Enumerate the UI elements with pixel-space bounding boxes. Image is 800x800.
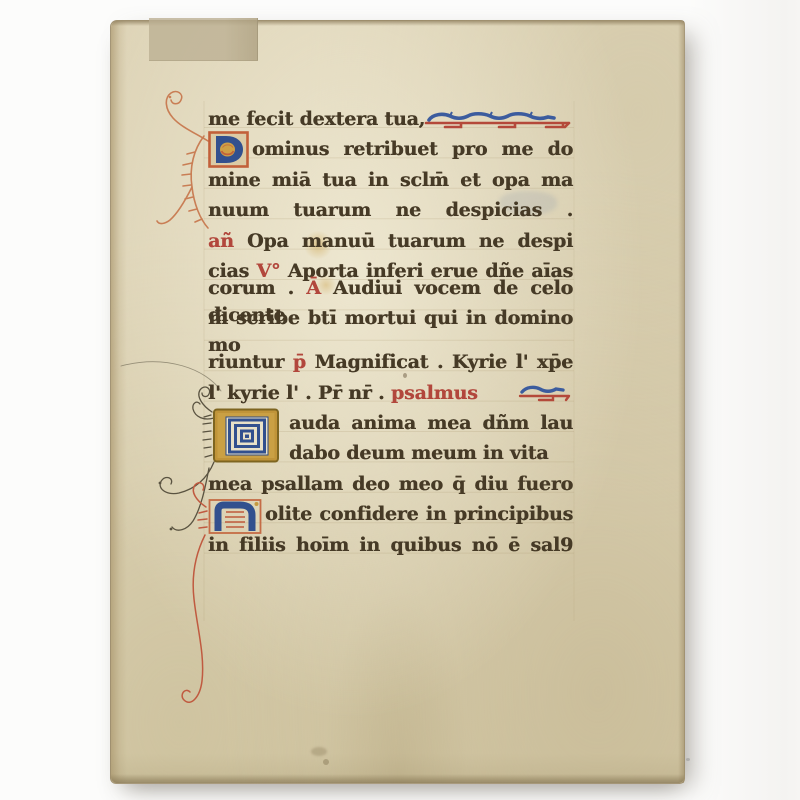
text-line: m̄ scribe btī mortui qui in domino mo <box>208 319 573 346</box>
line-text: ominus retribuet pro me do <box>252 136 573 163</box>
text-segment: Opa manuū tuarum ne despi <box>234 230 573 252</box>
text-segment: in filiis hoīm in quibus nō ē sal9 <box>208 534 573 556</box>
line-text: auda anima mea dñm lau <box>289 410 573 437</box>
text-line: dabo deum meum in vita <box>289 440 573 467</box>
text-segment: l' kyrie l' . Pr̄ nr̄ . <box>208 382 391 404</box>
line-text: mea psallam deo meo q̄ diu fuero <box>208 471 573 498</box>
text-line: mine miā tua in sclm̄ et opa ma <box>208 167 573 194</box>
text-segment: Magnificat . Kyrie l' xp̄e <box>306 351 573 373</box>
line-text: añ Opa manuū tuarum ne despi <box>208 228 573 255</box>
text-line: mea psallam deo meo q̄ diu fuero <box>208 471 573 498</box>
line-filler-long <box>423 111 573 129</box>
line-text: mine miā tua in sclm̄ et opa ma <box>208 167 573 194</box>
text-line: olite confidere in principibus <box>265 501 573 528</box>
text-segment: ominus retribuet pro me do <box>252 138 573 160</box>
text-segment: dabo deum meum in vita <box>289 442 548 464</box>
rubric-segment: añ <box>208 230 234 252</box>
text-block: me fecit dextera tua, ominus retribuet p… <box>111 21 684 783</box>
text-segment: corum . <box>208 277 306 299</box>
line-text: l' kyrie l' . Pr̄ nr̄ . psalmus <box>208 380 478 407</box>
line-text: olite confidere in principibus <box>265 501 573 528</box>
line-text: me fecit dextera tua, <box>208 106 423 133</box>
text-segment: auda anima mea dñm lau <box>289 412 573 434</box>
text-line: in filiis hoīm in quibus nō ē sal9 <box>208 532 573 559</box>
manuscript-leaf: me fecit dextera tua, ominus retribuet p… <box>110 20 685 784</box>
text-segment: riuntur <box>208 351 293 373</box>
photograph-background: me fecit dextera tua, ominus retribuet p… <box>0 0 800 800</box>
text-line: añ Opa manuū tuarum ne despi <box>208 228 573 255</box>
text-segment: me fecit dextera tua, <box>208 108 425 130</box>
line-text: riuntur p̄ Magnificat . Kyrie l' xp̄e <box>208 349 573 376</box>
line-text: nuum tuarum ne despicias . <box>208 197 573 224</box>
line-text: dabo deum meum in vita <box>289 440 548 467</box>
line-text: in filiis hoīm in quibus nō ē sal9 <box>208 532 573 559</box>
text-segment: mine miā tua in sclm̄ et opa ma <box>208 169 573 191</box>
rubric-segment: Ā <box>306 277 321 299</box>
text-line: auda anima mea dñm lau <box>289 410 573 437</box>
text-line: nuum tuarum ne despicias . <box>208 197 573 224</box>
text-line: me fecit dextera tua, <box>208 106 573 133</box>
text-segment: mea psallam deo meo q̄ diu fuero <box>208 473 573 495</box>
text-line: riuntur p̄ Magnificat . Kyrie l' xp̄e <box>208 349 573 376</box>
background-speck <box>686 758 690 761</box>
illuminated-initial-l <box>212 407 281 465</box>
text-segment: nuum tuarum ne despicias . <box>208 199 573 221</box>
line-filler-short <box>517 384 573 402</box>
text-segment: olite confidere in principibus <box>265 503 573 525</box>
rubric-segment: p̄ <box>293 351 306 373</box>
rubric-segment: psalmus <box>391 382 478 404</box>
illuminated-initial-d <box>208 131 249 168</box>
text-line: l' kyrie l' . Pr̄ nr̄ . psalmus <box>208 380 573 407</box>
illuminated-initial-n <box>208 498 262 536</box>
text-line: ominus retribuet pro me do <box>252 136 573 163</box>
